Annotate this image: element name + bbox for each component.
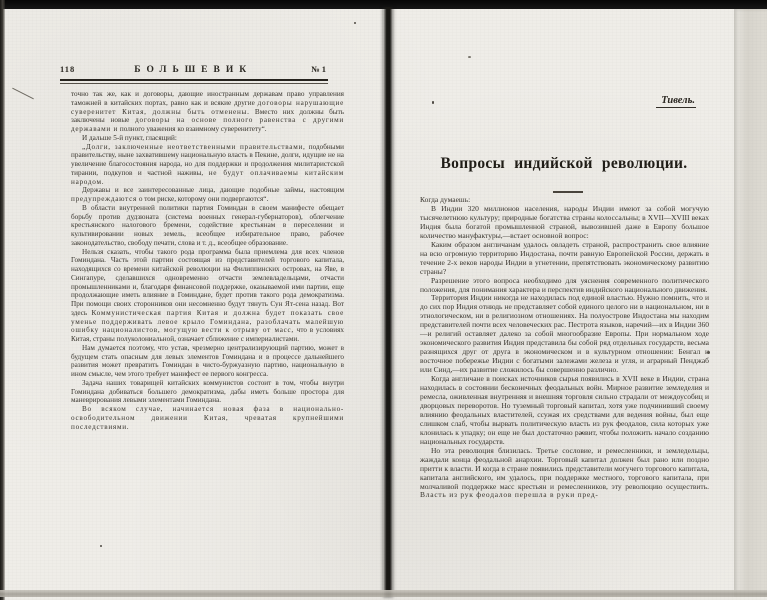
- author-signature-text: Тивель.: [656, 95, 696, 108]
- text-run: Каким образом англичанам удалось овладет…: [420, 240, 709, 276]
- scan-left-edge: [0, 0, 5, 600]
- scan-bottom-edge: [0, 590, 767, 597]
- text-run: Когда думаешь:: [420, 195, 470, 204]
- emphasized-text-run: „Долги, заключенные неответственными пра…: [82, 143, 306, 151]
- paragraph: В области внутренней политики партия Гом…: [71, 204, 344, 248]
- text-run: Разрешение этого вопроса необходимо для …: [420, 276, 709, 294]
- text-run: И дальше 5-й пункт, гласящий:: [82, 134, 177, 142]
- paragraph: Нельзя сказать, чтобы такого рода програ…: [71, 248, 344, 344]
- page-number: 118: [60, 64, 75, 74]
- scan-artifact: [707, 351, 710, 354]
- scan-right-edge: [734, 9, 767, 597]
- issue-number: № 1: [311, 64, 326, 74]
- paragraph: Нам думается поэтому, что устав, чрезмер…: [71, 344, 344, 379]
- header-rule: [60, 79, 328, 84]
- scan-artifact: [432, 101, 434, 104]
- paragraph: Территория Индии никогда не находилась п…: [420, 294, 709, 375]
- paragraph: Когда англичане в поисках источников сыр…: [420, 375, 709, 447]
- paragraph: И дальше 5-й пункт, гласящий:: [71, 134, 344, 143]
- author-signature: Тивель.: [420, 95, 696, 108]
- journal-title: БОЛЬШЕВИК: [134, 65, 252, 75]
- paragraph: Задача наших товарищей китайских коммуни…: [71, 379, 344, 405]
- book-scan: 118 БОЛЬШЕВИК № 1 точно так же, как и до…: [0, 0, 767, 600]
- text-run: В Индии 320 миллионов населения, народы …: [420, 204, 709, 240]
- text-run: полного уважения ко взаимному суверените…: [118, 125, 267, 133]
- text-run: Но эта революция близилась. Третье сосло…: [420, 446, 709, 491]
- paragraph: Каким образом англичанам удалось овладет…: [420, 241, 709, 277]
- text-run: Задача наших товарищей китайских коммуни…: [71, 379, 344, 405]
- paragraph: В Индии 320 миллионов населения, народы …: [420, 205, 709, 241]
- paragraph: Во всяком случае, начинается новая фаза …: [71, 405, 344, 431]
- left-page-header: 118 БОЛЬШЕВИК № 1: [60, 64, 326, 75]
- title-divider-dash: [553, 191, 583, 193]
- paragraph: Разрешение этого вопроса необходимо для …: [420, 277, 709, 295]
- text-run: Нам думается поэтому, что устав, чрезмер…: [71, 344, 344, 378]
- paragraph: точно так же, как и договоры, дающие ино…: [71, 90, 344, 134]
- scan-artifact: [100, 545, 102, 547]
- right-page-body-text: Когда думаешь:В Индии 320 миллионов насе…: [420, 196, 709, 500]
- paragraph: Державы и все заинтересованные лица, даю…: [71, 186, 344, 204]
- text-run: Державы и все заинтересованные лица, даю…: [82, 186, 344, 194]
- emphasized-text-run: Во всяком случае, начинается новая фаза …: [71, 405, 344, 431]
- article-title: Вопросы индийской революции.: [418, 155, 710, 173]
- book-gutter-shadow: [383, 7, 393, 597]
- scan-artifact: [354, 22, 356, 24]
- text-run: о том риске, которому они подвергаются“.: [137, 195, 268, 203]
- emphasized-text-run: Власть из рук феодалов перешла в руки пр…: [420, 490, 599, 499]
- paragraph: „Долги, заключенные неответственными пра…: [71, 143, 344, 187]
- left-page-body-text: точно так же, как и договоры, дающие ино…: [71, 90, 344, 431]
- scan-artifact: [581, 432, 583, 434]
- text-run: Территория Индии никогда не находилась п…: [420, 293, 709, 374]
- scan-artifact: [12, 88, 34, 100]
- text-run: Нельзя сказать, чтобы такого рода програ…: [71, 248, 344, 317]
- text-run: Когда англичане в поисках источников сыр…: [420, 374, 709, 446]
- emphasized-text-run: предупреждаются: [71, 195, 137, 203]
- scan-artifact: [468, 56, 471, 58]
- text-run: В области внутренней политики партия Гом…: [71, 204, 344, 247]
- paragraph: Но эта революция близилась. Третье сосло…: [420, 447, 709, 501]
